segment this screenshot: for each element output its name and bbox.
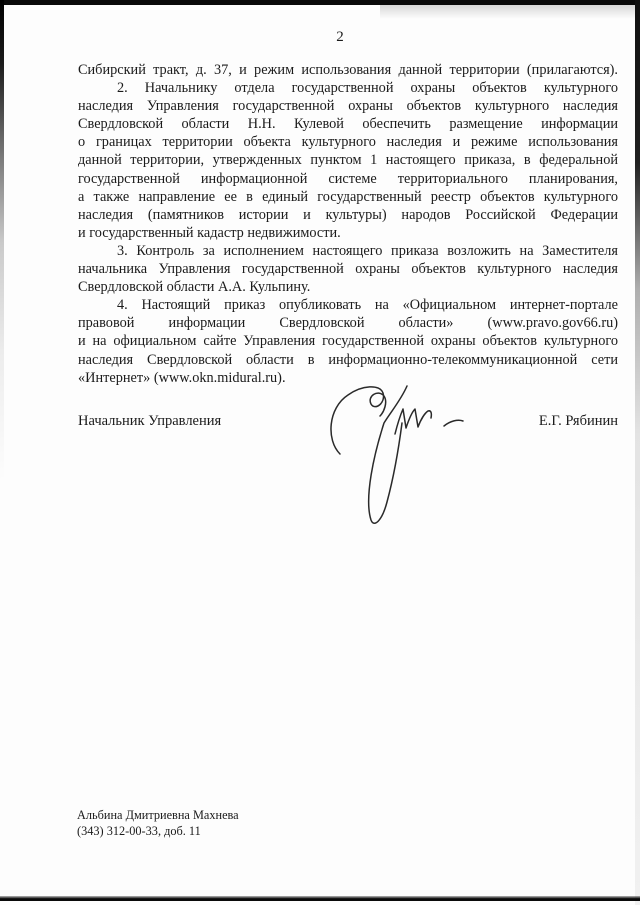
body-line: Сибирский тракт, д. 37, и режим использо…	[78, 61, 618, 79]
scan-edge-left	[0, 0, 4, 640]
scanned-document-page: 2 Сибирский тракт, д. 37, и режим исполь…	[0, 0, 640, 905]
body-line: а также направление ее в единый государс…	[78, 188, 618, 206]
executor-name: Альбина Дмитриевна Махнева	[77, 807, 239, 823]
body-line: Свердловской области А.А. Кульпину.	[78, 278, 618, 296]
body-line: государственной информационной системе т…	[78, 170, 618, 188]
body-line: 2. Начальнику отдела государственной охр…	[78, 79, 618, 97]
signatory-name: Е.Г. Рябинин	[539, 413, 618, 430]
scan-edge-bottom	[0, 896, 640, 901]
body-line: и государственный кадастр недвижимости.	[78, 224, 618, 242]
document-body: Сибирский тракт, д. 37, и режим использо…	[78, 61, 618, 387]
page-number: 2	[70, 29, 610, 46]
body-line: правовой информации Свердловской области…	[78, 314, 618, 332]
body-line: наследия Свердловской области в информац…	[78, 351, 618, 369]
body-line: о границах территории объекта культурног…	[78, 133, 618, 151]
signatory-position: Начальник Управления	[78, 413, 221, 430]
body-line: 3. Контроль за исполнением настоящего пр…	[78, 242, 618, 260]
body-line: 4. Настоящий приказ опубликовать на «Офи…	[78, 296, 618, 314]
executor-footer: Альбина Дмитриевна Махнева (343) 312-00-…	[77, 807, 239, 839]
executor-phone: (343) 312-00-33, доб. 11	[77, 823, 239, 839]
handwritten-signature-icon	[298, 382, 474, 528]
body-line: начальника Управления государственной ох…	[78, 260, 618, 278]
scan-shadow-top-right	[380, 5, 640, 19]
body-line: наследия (памятников истории и культуры)…	[78, 206, 618, 224]
body-line: данной территории, утвержденных пунктом …	[78, 151, 618, 169]
body-line: и на официальном сайте Управления госуда…	[78, 332, 618, 350]
body-line: Свердловской области Н.Н. Кулевой обеспе…	[78, 115, 618, 133]
body-line: наследия Управления государственной охра…	[78, 97, 618, 115]
scan-edge-right	[635, 0, 640, 905]
